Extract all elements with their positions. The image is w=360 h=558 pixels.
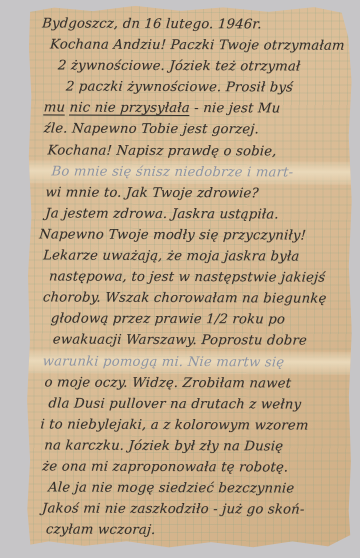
handwritten-text: Kochana! Napisz prawdę o sobie, xyxy=(47,143,277,159)
handwritten-text: choroby. Wszak chorowałam na biegunkę xyxy=(42,291,327,307)
handwritten-text: Kochana Andziu! Paczki Twoje otrzymałam xyxy=(49,37,345,53)
handwritten-text: ewakuacji Warszawy. Poprostu dobre xyxy=(52,333,307,349)
handwritten-text: Bydgoszcz, dn 16 lutego. 1946r. xyxy=(42,16,263,32)
letter-line: 2 żywnościowe. Józiek też otrzymał xyxy=(35,56,348,78)
handwritten-text: Jakoś mi nie zaszkodziło - już go skoń- xyxy=(41,502,305,518)
letter-line: 2 paczki żywnościowe. Prosił byś xyxy=(35,77,348,99)
handwritten-text: że ona mi zaproponowała tę robotę. xyxy=(42,459,289,475)
handwritten-text: 2 żywnościowe. Józiek też otrzymał xyxy=(57,59,301,75)
letter-line: dla Dusi pullover na drutach z wełny xyxy=(34,393,347,415)
handwritten-text: Ale ja nie mogę siedzieć bezczynnie xyxy=(48,480,295,496)
letter-line: na karczku. Józiek był zły na Dusię xyxy=(33,435,346,457)
letter-line: następowa, to jest w następstwie jakiejś xyxy=(34,266,347,288)
handwritten-text: źle. Napewno Tobie jest gorzej. xyxy=(43,122,259,138)
letter-line: Kochana Andziu! Paczki Twoje otrzymałam xyxy=(35,34,348,56)
handwritten-text: na karczku. Józiek był zły na Dusię xyxy=(44,438,284,454)
handwritten-text: Bo mnie się śnisz niedobrze i mart- xyxy=(51,164,294,180)
letter-page: Bydgoszcz, dn 16 lutego. 1946r.Kochana A… xyxy=(26,4,353,548)
letter-line: czyłam wczoraj. xyxy=(33,520,346,542)
letter-line: Jakoś mi nie zaszkodziło - już go skoń- xyxy=(33,498,346,520)
letter-line: Bydgoszcz, dn 16 lutego. 1946r. xyxy=(35,13,348,35)
handwritten-text: wi mnie to. Jak Twoje zdrowie? xyxy=(45,185,259,201)
letter-body: Bydgoszcz, dn 16 lutego. 1946r.Kochana A… xyxy=(26,4,353,548)
handwritten-text: czyłam wczoraj. xyxy=(45,523,156,538)
letter-line: warunki pomogą mi. Nie martw się xyxy=(34,351,347,373)
handwritten-text: dla Dusi pullover na drutach z wełny xyxy=(48,396,302,412)
letter-line: Ale ja nie mogę siedzieć bezczynnie xyxy=(33,477,346,499)
handwritten-text: Ja jestem zdrowa. Jaskra ustąpiła. xyxy=(45,206,280,222)
letter-line: Lekarze uważają, że moja jaskra była xyxy=(34,245,347,267)
letter-line: źle. Napewno Tobie jest gorzej. xyxy=(35,119,348,141)
underlined-text: mu xyxy=(43,101,66,116)
handwritten-text: 2 paczki żywnościowe. Prosił byś xyxy=(65,80,293,96)
letter-line: Napewno Twoje modły się przyczyniły! xyxy=(34,224,347,246)
handwritten-text: Lekarze uważają, że moja jaskra była xyxy=(43,248,300,264)
letter-line: Ja jestem zdrowa. Jaskra ustąpiła. xyxy=(34,203,347,225)
letter-line: wi mnie to. Jak Twoje zdrowie? xyxy=(35,182,348,204)
underlined-text: nic nie przysyłała xyxy=(69,101,190,117)
letter-line: głodową przez prawie 1/2 roku po xyxy=(34,309,347,331)
letter-line: Kochana! Napisz prawdę o sobie, xyxy=(35,140,348,162)
handwritten-text: - nie jest Mu xyxy=(189,101,281,116)
handwritten-text: Napewno Twoje modły się przyczyniły! xyxy=(39,227,307,243)
handwritten-text: o moje oczy. Widzę. Zrobiłam nawet xyxy=(44,375,292,391)
handwritten-text: i to niebylejaki, a z kolorowym wzorem xyxy=(40,417,309,433)
letter-line: ewakuacji Warszawy. Poprostu dobre xyxy=(34,330,347,352)
letter-line: Bo mnie się śnisz niedobrze i mart- xyxy=(35,161,348,183)
letter-line: o moje oczy. Widzę. Zrobiłam nawet xyxy=(34,372,347,394)
handwritten-text: głodową przez prawie 1/2 roku po xyxy=(50,312,285,328)
letter-line: choroby. Wszak chorowałam na biegunkę xyxy=(34,288,347,310)
letter-line: że ona mi zaproponowała tę robotę. xyxy=(33,456,346,478)
letter-line: mu nic nie przysyłała - nie jest Mu xyxy=(35,98,348,120)
letter-line: i to niebylejaki, a z kolorowym wzorem xyxy=(34,414,347,436)
photo-background: Bydgoszcz, dn 16 lutego. 1946r.Kochana A… xyxy=(0,0,360,558)
handwritten-text: następowa, to jest w następstwie jakiejś xyxy=(48,270,325,286)
handwritten-text: warunki pomogą mi. Nie martw się xyxy=(42,354,285,370)
